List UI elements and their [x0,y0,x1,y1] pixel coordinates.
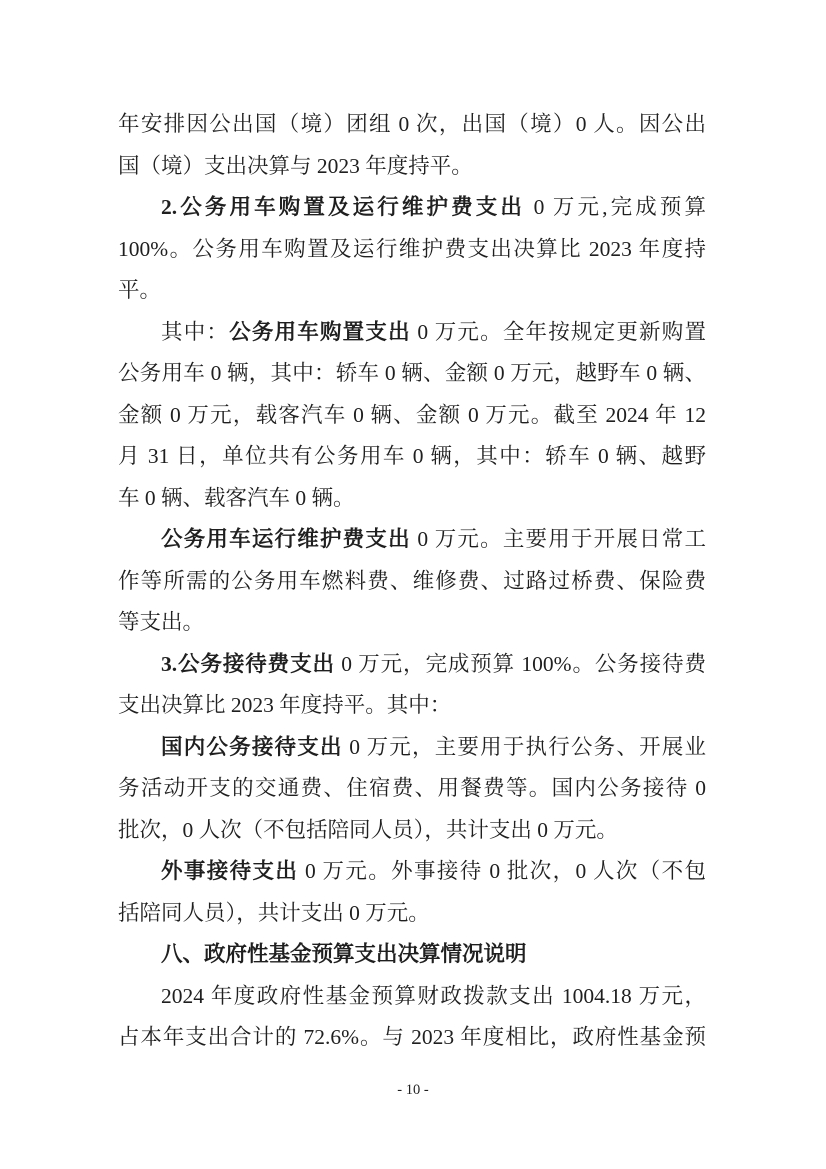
text-run: 支出决算比 2023 年度持平。其中： [118,693,451,717]
text-line: 支出决算比 2023 年度持平。其中： [118,685,706,727]
text-run: 0 万元。外事接待 0 批次，0 人次（不包 [298,859,706,883]
text-run: 0 万元，完成预算 100%。公务接待费 [335,652,706,676]
page-number: - 10 - [0,1078,826,1102]
text-line: 车 0 辆、载客汽车 0 辆。 [118,478,706,520]
text-line: 3.公务接待费支出 0 万元，完成预算 100%。公务接待费 [118,644,706,686]
text-run: 车 0 辆、载客汽车 0 辆。 [118,486,355,510]
text-line: 公务用车运行维护费支出 0 万元。主要用于开展日常工 [118,519,706,561]
document-page: 年安排因公出国（境）团组 0 次，出国（境）0 人。因公出国（境）支出决算与 2… [0,0,826,1169]
bold-text-run: 八、政府性基金预算支出决算情况说明 [161,942,527,966]
text-line: 平。 [118,270,706,312]
text-run: 务活动开支的交通费、住宿费、用餐费等。国内公务接待 0 [118,776,706,800]
text-run: 等支出。 [118,610,204,634]
bold-text-run: 3.公务接待费支出 [161,652,335,676]
text-line: 国内公务接待支出 0 万元，主要用于执行公务、开展业 [118,727,706,769]
text-line: 公务用车 0 辆，其中：轿车 0 辆、金额 0 万元，越野车 0 辆、 [118,353,706,395]
text-run: 金额 0 万元，载客汽车 0 辆、金额 0 万元。截至 2024 年 12 [118,403,706,427]
text-run: 国（境）支出决算与 2023 年度持平。 [118,154,473,178]
text-line: 100%。公务用车购置及运行维护费支出决算比 2023 年度持 [118,229,706,271]
bold-text-run: 2.公务用车购置及运行维护费支出 [161,195,525,219]
text-run: 作等所需的公务用车燃料费、维修费、过路过桥费、保险费 [118,569,706,593]
text-run: 0 万元。全年按规定更新购置 [411,320,706,344]
document-body: 年安排因公出国（境）团组 0 次，出国（境）0 人。因公出国（境）支出决算与 2… [118,104,706,1059]
text-line: 其中：公务用车购置支出 0 万元。全年按规定更新购置 [118,312,706,354]
text-line: 作等所需的公务用车燃料费、维修费、过路过桥费、保险费 [118,561,706,603]
text-line: 务活动开支的交通费、住宿费、用餐费等。国内公务接待 0 [118,768,706,810]
text-line: 括陪同人员），共计支出 0 万元。 [118,893,706,935]
text-line: 批次，0 人次（不包括陪同人员），共计支出 0 万元。 [118,810,706,852]
text-run: 2024 年度政府性基金预算财政拨款支出 1004.18 万元， [161,984,706,1008]
bold-text-run: 公务用车运行维护费支出 [161,527,411,551]
text-run: 月 31 日，单位共有公务用车 0 辆，其中：轿车 0 辆、越野 [118,444,706,468]
text-run: 年安排因公出国（境）团组 0 次，出国（境）0 人。因公出 [118,112,706,136]
bold-text-run: 国内公务接待支出 [161,735,343,759]
text-run: 其中： [161,320,229,344]
text-run: 0 万元,完成预算 [525,195,706,219]
text-line: 占本年支出合计的 72.6%。与 2023 年度相比，政府性基金预 [118,1017,706,1059]
text-run: 平。 [118,278,161,302]
text-run: 括陪同人员），共计支出 0 万元。 [118,901,430,925]
bold-text-run: 外事接待支出 [161,859,298,883]
text-line: 外事接待支出 0 万元。外事接待 0 批次，0 人次（不包 [118,851,706,893]
text-run: 0 万元。主要用于开展日常工 [411,527,706,551]
text-run: 公务用车 0 辆，其中：轿车 0 辆、金额 0 万元，越野车 0 辆、 [118,361,706,385]
text-line: 金额 0 万元，载客汽车 0 辆、金额 0 万元。截至 2024 年 12 [118,395,706,437]
text-run: 占本年支出合计的 72.6%。与 2023 年度相比，政府性基金预 [118,1025,706,1049]
text-line: 年安排因公出国（境）团组 0 次，出国（境）0 人。因公出 [118,104,706,146]
text-run: 批次，0 人次（不包括陪同人员），共计支出 0 万元。 [118,818,618,842]
bold-text-run: 公务用车购置支出 [229,320,411,344]
text-line: 2.公务用车购置及运行维护费支出 0 万元,完成预算 [118,187,706,229]
text-line: 等支出。 [118,602,706,644]
section-heading: 八、政府性基金预算支出决算情况说明 [118,934,706,976]
text-line: 国（境）支出决算与 2023 年度持平。 [118,146,706,188]
text-line: 2024 年度政府性基金预算财政拨款支出 1004.18 万元， [118,976,706,1018]
text-line: 月 31 日，单位共有公务用车 0 辆，其中：轿车 0 辆、越野 [118,436,706,478]
text-run: 0 万元，主要用于执行公务、开展业 [343,735,706,759]
text-run: 100%。公务用车购置及运行维护费支出决算比 2023 年度持 [118,237,706,261]
